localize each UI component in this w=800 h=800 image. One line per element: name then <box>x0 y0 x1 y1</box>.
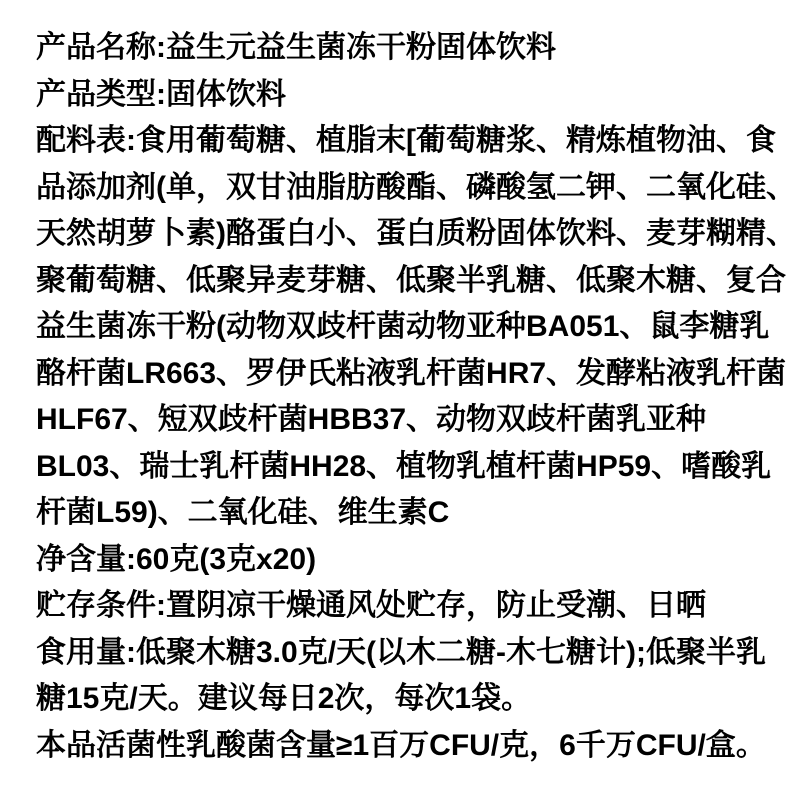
ingredients-line: BL03、瑞士乳杆菌HH28、植物乳植杆菌HP59、嗜酸乳 <box>36 444 772 491</box>
product-type-section: 产品类型:固体饮料 <box>36 72 772 119</box>
ingredients-line: 益生菌冻干粉(动物双歧杆菌动物亚种BA051、鼠李糖乳 <box>36 304 772 351</box>
ingredients-line: 品添加剂(单，双甘油脂肪酸酯、磷酸氢二钾、二氧化硅、 <box>36 165 772 212</box>
storage-conditions-line: 贮存条件:置阴凉干燥通风处贮存，防止受潮、日晒 <box>36 583 772 630</box>
product-name-line: 产品名称:益生元益生菌冻干粉固体饮料 <box>36 25 772 72</box>
ingredients-line: 配料表:食用葡萄糖、植脂末[葡萄糖浆、精炼植物油、食 <box>36 118 772 165</box>
live-bacteria-claim-line: 本品活菌性乳酸菌含量≥1百万CFU/克，6千万CFU/盒。 <box>36 723 772 770</box>
ingredients-line: 天然胡萝卜素)酪蛋白小、蛋白质粉固体饮料、麦芽糊精、 <box>36 211 772 258</box>
product-spec-text: 产品名称:益生元益生菌冻干粉固体饮料 产品类型:固体饮料 配料表:食用葡萄糖、植… <box>36 25 772 769</box>
product-type-line: 产品类型:固体饮料 <box>36 72 772 119</box>
ingredients-line: HLF67、短双歧杆菌HBB37、动物双歧杆菌乳亚种 <box>36 397 772 444</box>
live-bacteria-claim-section: 本品活菌性乳酸菌含量≥1百万CFU/克，6千万CFU/盒。 <box>36 723 772 770</box>
ingredients-line: 酪杆菌LR663、罗伊氏粘液乳杆菌HR7、发酵粘液乳杆菌 <box>36 351 772 398</box>
product-name-section: 产品名称:益生元益生菌冻干粉固体饮料 <box>36 25 772 72</box>
ingredients-line: 杆菌L59)、二氧化硅、维生素C <box>36 490 772 537</box>
ingredients-section: 配料表:食用葡萄糖、植脂末[葡萄糖浆、精炼植物油、食 品添加剂(单，双甘油脂肪酸… <box>36 118 772 537</box>
net-content-section: 净含量:60克(3克x20) <box>36 537 772 584</box>
product-label-page: 产品名称:益生元益生菌冻干粉固体饮料 产品类型:固体饮料 配料表:食用葡萄糖、植… <box>0 0 800 800</box>
consumption-amount-line: 食用量:低聚木糖3.0克/天(以木二糖-木七糖计);低聚半乳 <box>36 630 772 677</box>
ingredients-line: 聚葡萄糖、低聚异麦芽糖、低聚半乳糖、低聚木糖、复合 <box>36 258 772 305</box>
consumption-amount-section: 食用量:低聚木糖3.0克/天(以木二糖-木七糖计);低聚半乳 糖15克/天。建议… <box>36 630 772 723</box>
storage-conditions-section: 贮存条件:置阴凉干燥通风处贮存，防止受潮、日晒 <box>36 583 772 630</box>
consumption-amount-line: 糖15克/天。建议每日2次，每次1袋。 <box>36 676 772 723</box>
net-content-line: 净含量:60克(3克x20) <box>36 537 772 584</box>
